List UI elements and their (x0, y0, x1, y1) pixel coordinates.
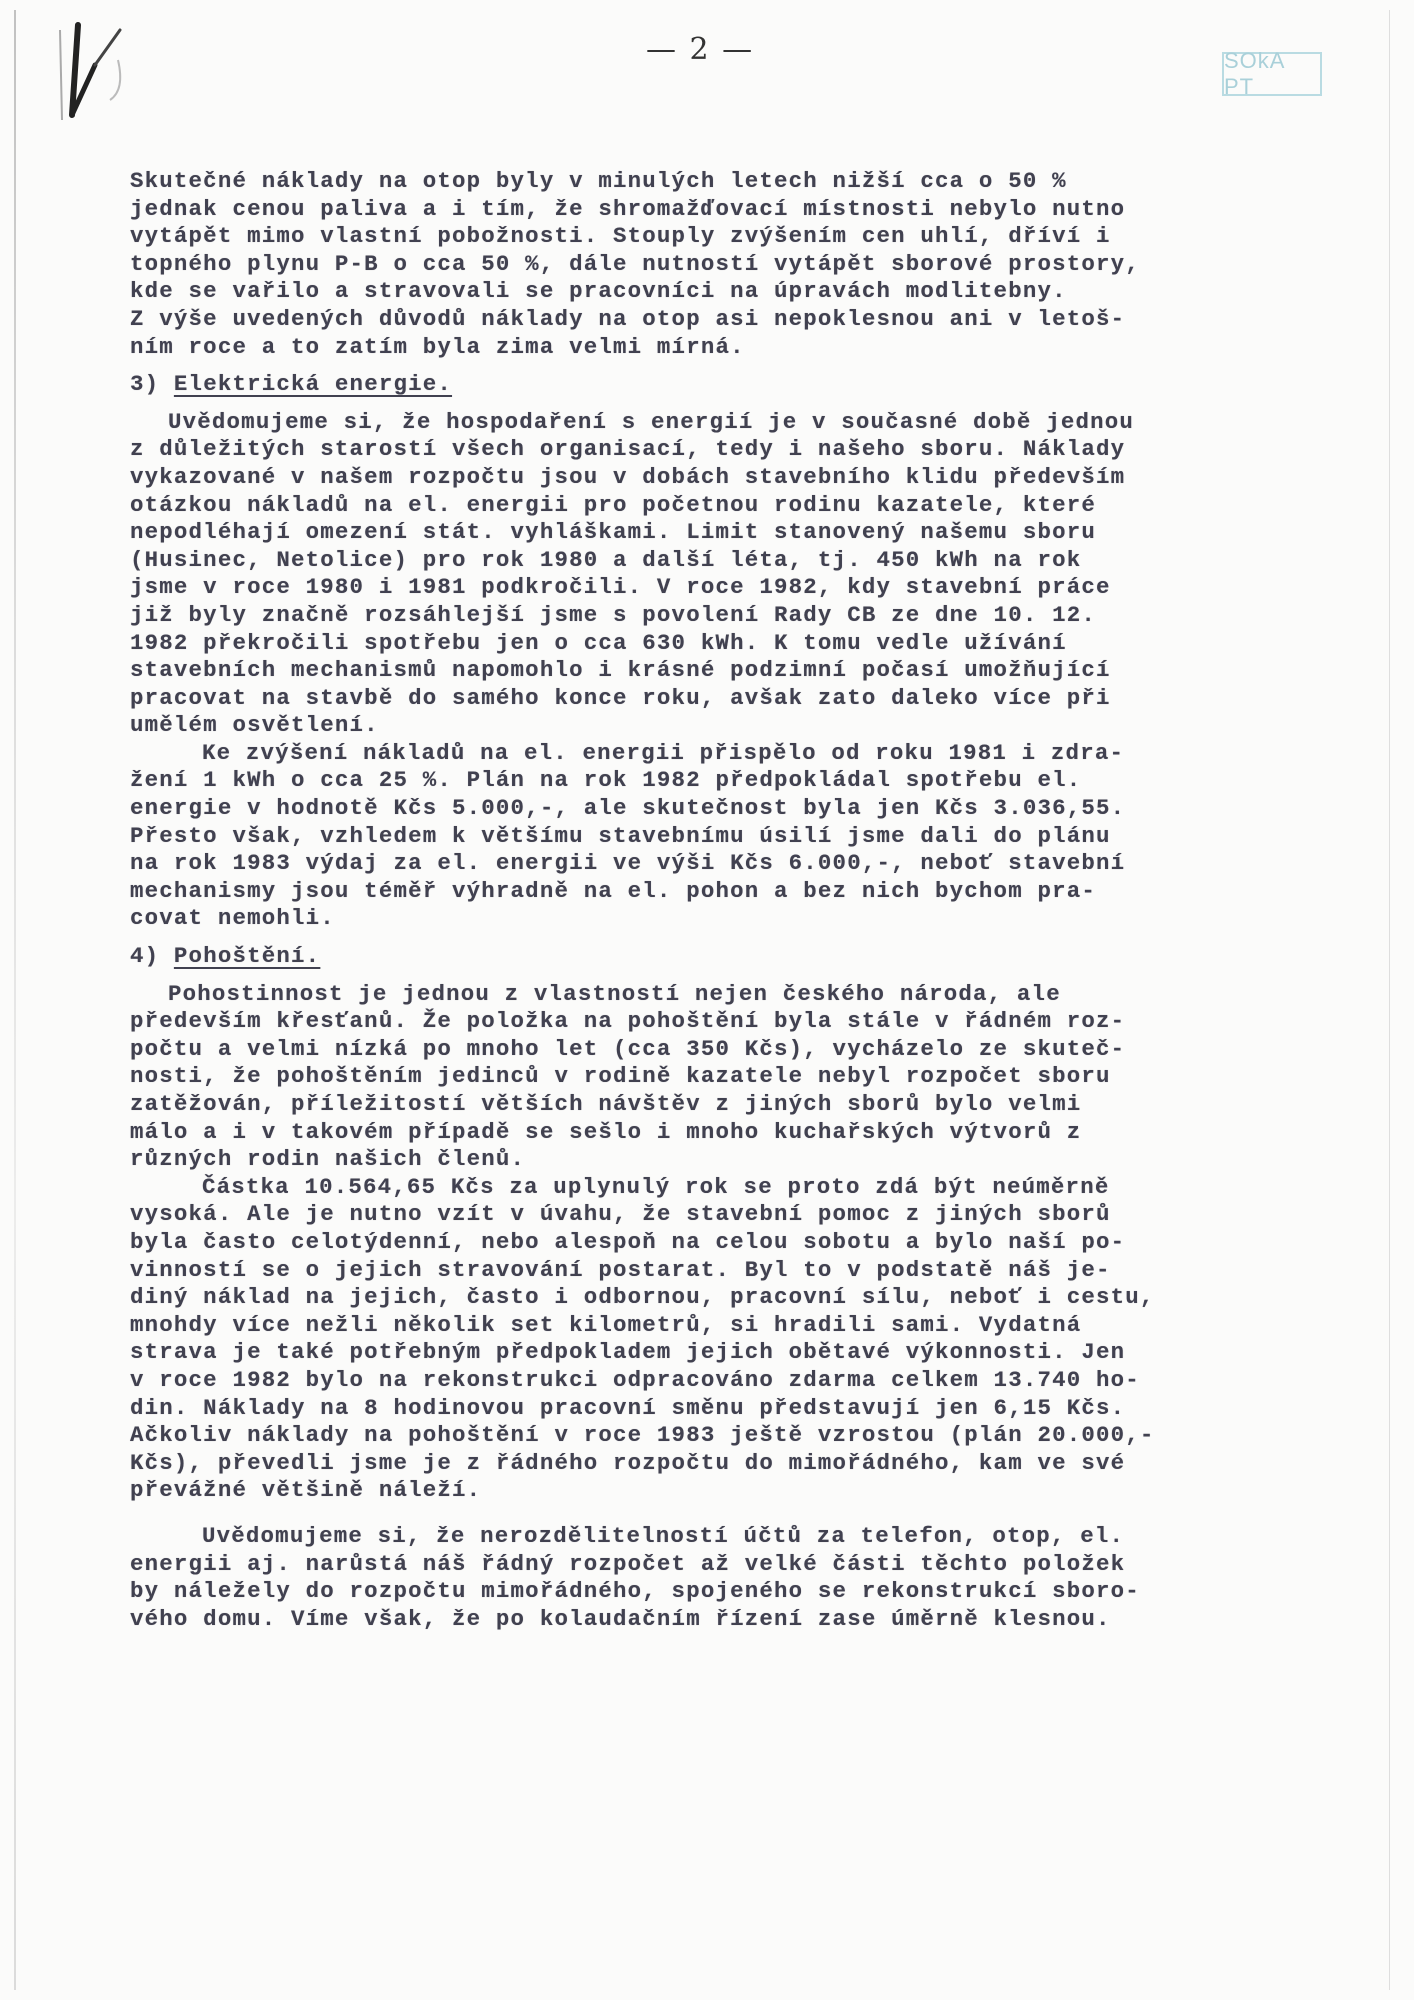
text-line: kde se vařilo a stravovali se pracovníci… (130, 278, 1310, 306)
text-line: Uvědomujeme si, že nerozdělitelností účt… (130, 1523, 1310, 1551)
text-line: Ke zvýšení nákladů na el. energii přispě… (130, 740, 1310, 768)
text-line: byla často celotýdenní, nebo alespoň na … (130, 1229, 1310, 1257)
text-line: žení 1 kWh o cca 25 %. Plán na rok 1982 … (130, 767, 1310, 795)
text-line: různých rodin našich členů. (130, 1146, 1310, 1174)
text-line: covat nemohli. (130, 905, 1310, 933)
page-number: — 2 — (646, 32, 754, 67)
text-line: nepodléhají omezení stát. vyhláškami. Li… (130, 519, 1310, 547)
text-line: Skutečné náklady na otop byly v minulých… (130, 168, 1310, 196)
section-heading-electric: 3) Elektrická energie. (130, 371, 1310, 399)
text-line: především křesťanů. Že položka na pohošt… (130, 1008, 1310, 1036)
text-line: vysoká. Ale je nutno vzít v úvahu, že st… (130, 1201, 1310, 1229)
hospitality-paragraph-2: Částka 10.564,65 Kčs za uplynulý rok se … (130, 1174, 1310, 1505)
text-line: umělém osvětlení. (130, 712, 1310, 740)
text-line: din. Náklady na 8 hodinovou pracovní smě… (130, 1395, 1310, 1423)
text-line: vykazované v našem rozpočtu jsou v dobác… (130, 464, 1310, 492)
scan-edge (14, 10, 16, 1990)
text-line: na rok 1983 výdaj za el. energii ve výši… (130, 850, 1310, 878)
text-line: (Husinec, Netolice) pro rok 1980 a další… (130, 547, 1310, 575)
text-line: by náležely do rozpočtu mimořádného, spo… (130, 1578, 1310, 1606)
electric-paragraph-2: Ke zvýšení nákladů na el. energii přispě… (130, 740, 1310, 933)
document-body: Skutečné náklady na otop byly v minulých… (130, 168, 1310, 1633)
text-line: energie v hodnotě Kčs 5.000,-, ale skute… (130, 795, 1310, 823)
text-line: málo a i v takovém případě se sešlo i mn… (130, 1119, 1310, 1147)
heating-paragraph: Skutečné náklady na otop byly v minulých… (130, 168, 1310, 361)
text-line: mnohdy více nežli několik set kilometrů,… (130, 1312, 1310, 1340)
text-line: stavebních mechanismů napomohlo i krásné… (130, 657, 1310, 685)
scan-edge (1389, 10, 1390, 1990)
text-line: energii aj. narůstá náš řádný rozpočet a… (130, 1551, 1310, 1579)
text-line: jsme v roce 1980 i 1981 podkročili. V ro… (130, 574, 1310, 602)
electric-paragraph-1: Uvědomujeme si, že hospodaření s energií… (130, 409, 1310, 740)
text-line: ním roce a to zatím byla zima velmi mírn… (130, 334, 1310, 362)
section-heading-hospitality: 4) Pohoštění. (130, 943, 1310, 971)
hospitality-paragraph-1: Pohostinnost je jednou z vlastností neje… (130, 981, 1310, 1174)
text-line: jednak cenou paliva a i tím, že shromažď… (130, 196, 1310, 224)
text-line: vinností se o jejich stravování postarat… (130, 1257, 1310, 1285)
text-line: z důležitých starostí všech organisací, … (130, 436, 1310, 464)
text-line: pracovat na stavbě do samého konce roku,… (130, 685, 1310, 713)
text-line: Částka 10.564,65 Kčs za uplynulý rok se … (130, 1174, 1310, 1202)
text-line: topného plynu P-B o cca 50 %, dále nutno… (130, 251, 1310, 279)
text-line: nosti, že pohoštěním jedinců v rodině ka… (130, 1063, 1310, 1091)
text-line: Ačkoliv náklady na pohoštění v roce 1983… (130, 1422, 1310, 1450)
text-line: Z výše uvedených důvodů náklady na otop … (130, 306, 1310, 334)
text-line: Uvědomujeme si, že hospodaření s energií… (130, 409, 1310, 437)
text-line: Pohostinnost je jednou z vlastností neje… (130, 981, 1310, 1009)
handwritten-check-mark-icon (50, 20, 160, 130)
text-line: vého domu. Víme však, že po kolaudačním … (130, 1606, 1310, 1634)
text-line: zatěžován, příležitostí větších návštěv … (130, 1091, 1310, 1119)
hospitality-paragraph-3: Uvědomujeme si, že nerozdělitelností účt… (130, 1523, 1310, 1633)
text-line: Přesto však, vzhledem k většímu stavební… (130, 823, 1310, 851)
text-line: strava je také potřebným předpokladem je… (130, 1339, 1310, 1367)
text-line: převážné většině náleží. (130, 1477, 1310, 1505)
text-line: vytápět mimo vlastní pobožnosti. Stouply… (130, 223, 1310, 251)
text-line: 1982 překročili spotřebu jen o cca 630 k… (130, 630, 1310, 658)
archive-stamp: SOkA PT (1222, 52, 1322, 96)
text-line: diný náklad na jejich, často i odbornou,… (130, 1284, 1310, 1312)
text-line: mechanismy jsou téměř výhradně na el. po… (130, 878, 1310, 906)
text-line: počtu a velmi nízká po mnoho let (cca 35… (130, 1036, 1310, 1064)
text-line: Kčs), převedli jsme je z řádného rozpočt… (130, 1450, 1310, 1478)
text-line: v roce 1982 bylo na rekonstrukci odpraco… (130, 1367, 1310, 1395)
text-line: otázkou nákladů na el. energii pro počet… (130, 492, 1310, 520)
text-line: již byly značně rozsáhlejší jsme s povol… (130, 602, 1310, 630)
